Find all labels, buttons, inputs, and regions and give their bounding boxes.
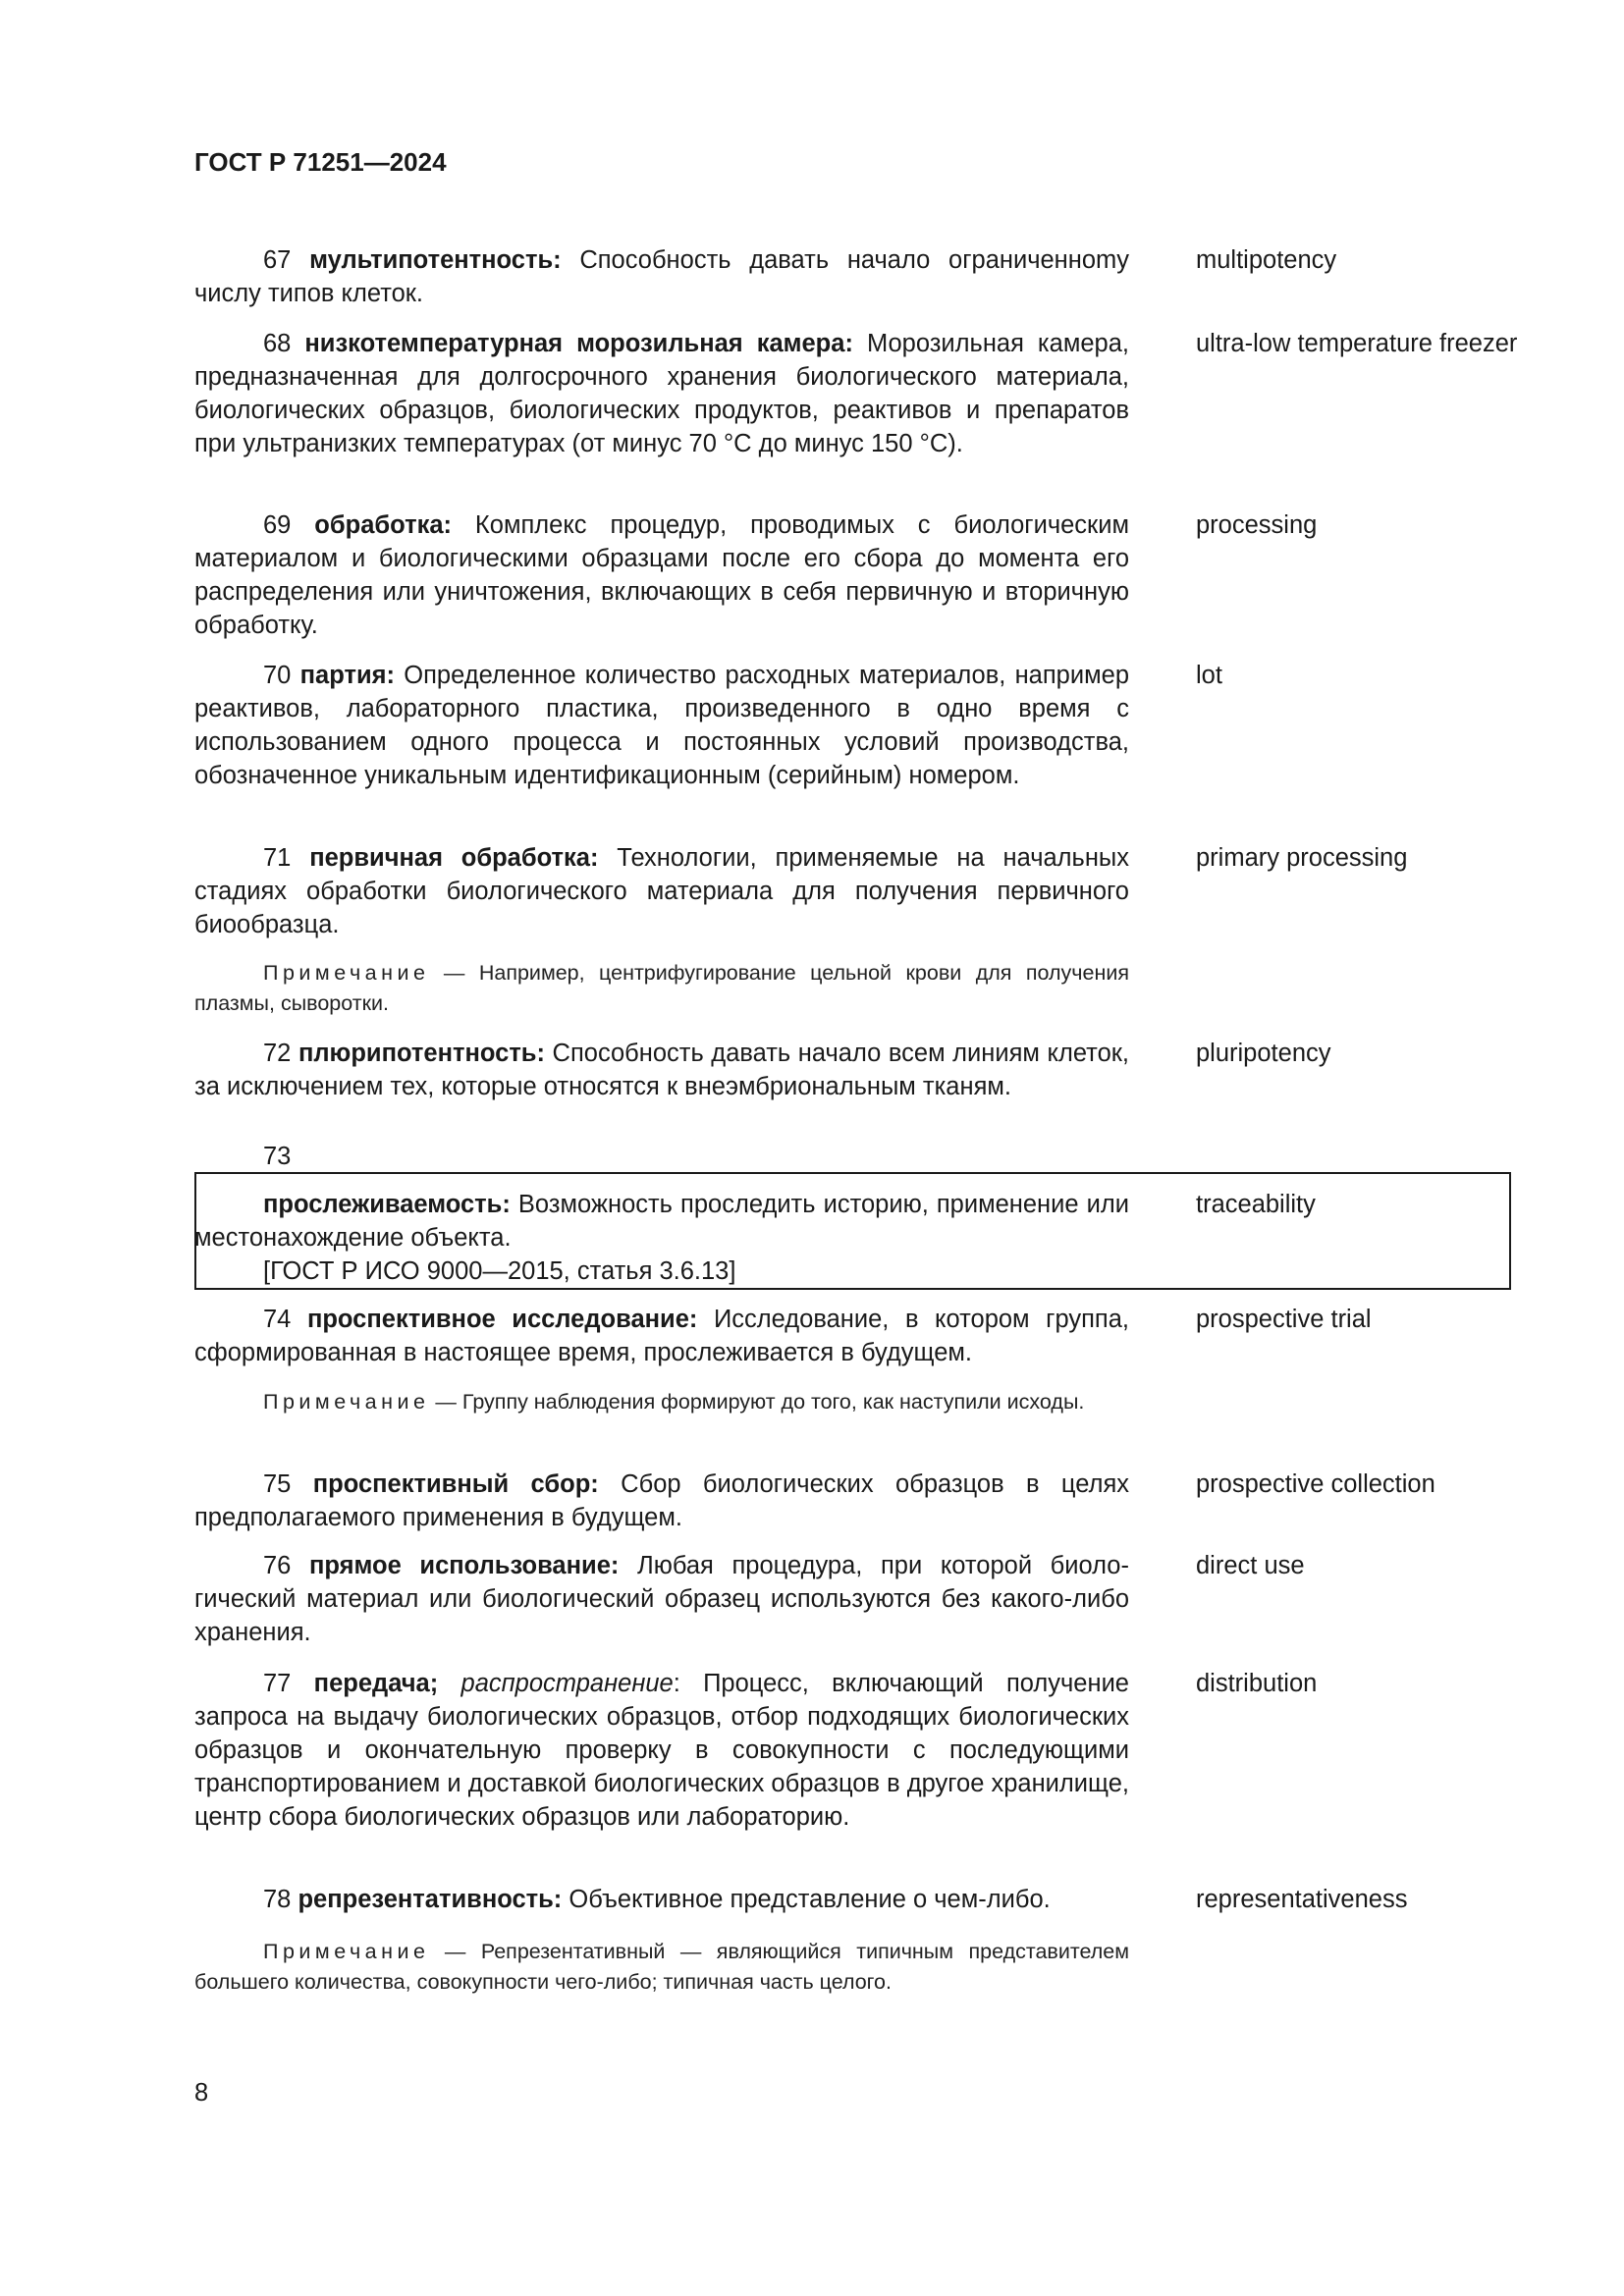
term-english: traceability xyxy=(1196,1188,1520,1221)
term-definition: 71 первичная обработка: Технологии, прим… xyxy=(194,841,1129,941)
term-synonym: распространение xyxy=(461,1670,674,1697)
term-number: 74 xyxy=(263,1306,291,1333)
term-number: 72 xyxy=(263,1040,291,1067)
term-name: передача; xyxy=(314,1670,439,1697)
term-name: обработка: xyxy=(314,511,452,539)
term-english: direct use xyxy=(1196,1549,1520,1582)
term-definition: 78 репрезентативность: Объективное предс… xyxy=(194,1883,1129,1916)
note-label: Примечание xyxy=(263,1390,429,1414)
term-text: Объективное представление о чем-либо. xyxy=(562,1886,1050,1913)
term-name: плюрипотентность: xyxy=(298,1040,545,1067)
term-number: 78 xyxy=(263,1886,291,1913)
term-name: первичная обработка: xyxy=(309,844,598,872)
term-english: lot xyxy=(1196,659,1520,692)
note-71: Примечание — Например, центрифугирование… xyxy=(194,958,1129,1019)
term-english: prospective collection xyxy=(1196,1468,1520,1501)
term-definition: 75 проспективный сбор: Сбор биологически… xyxy=(194,1468,1129,1534)
note-74: Примечание — Группу наблюдения формируют… xyxy=(194,1387,1129,1417)
term-number: 67 xyxy=(263,246,291,274)
note-78: Примечание — Репрезентативный — являющий… xyxy=(194,1937,1129,1998)
term-definition: прослеживаемость: Возможность проследить… xyxy=(194,1188,1129,1255)
term-definition: 74 проспективное исследование: Исследова… xyxy=(194,1303,1129,1369)
term-definition: 72 плюрипотентность: Способность давать … xyxy=(194,1037,1129,1103)
term-number: 70 xyxy=(263,662,291,689)
term-english: multipotency xyxy=(1196,243,1520,277)
term-english: primary processing xyxy=(1196,841,1520,875)
term-name: партия: xyxy=(300,662,395,689)
term-number: 69 xyxy=(263,511,291,539)
term-definition: 69 обработка: Комплекс процедур, проводи… xyxy=(194,508,1129,642)
term-english: distribution xyxy=(1196,1667,1520,1700)
note-label: Примечание xyxy=(263,1940,429,1963)
term-definition: 68 низкотемпературная морозильная камера… xyxy=(194,327,1129,460)
term-definition: 67 мультипотентность: Способность давать… xyxy=(194,243,1129,310)
term-number: 77 xyxy=(263,1670,291,1697)
term-name: проспективный сбор: xyxy=(313,1470,599,1498)
term-name: проспективное исследование: xyxy=(307,1306,697,1333)
term-number: 68 xyxy=(263,330,291,357)
term-reference: [ГОСТ Р ИСО 9000—2015, статья 3.6.13] xyxy=(194,1255,1129,1288)
term-definition: 70 партия: Определенное количество расхо… xyxy=(194,659,1129,792)
term-english: pluripotency xyxy=(1196,1037,1520,1070)
term-name: прямое использование: xyxy=(309,1552,619,1579)
term-english: ultra-low temperature freezer xyxy=(1196,327,1520,360)
term-definition: 77 передача; распространение: Процесс, в… xyxy=(194,1667,1129,1834)
note-text: — Группу наблюдения формируют до того, к… xyxy=(429,1390,1084,1414)
term-number: 76 xyxy=(263,1552,291,1579)
term-name: репрезентативность: xyxy=(298,1886,562,1913)
term-english: prospective trial xyxy=(1196,1303,1520,1336)
document-header: ГОСТ Р 71251—2024 xyxy=(194,147,447,178)
term-number-73: 73 xyxy=(263,1140,291,1173)
page-number: 8 xyxy=(194,2079,208,2108)
term-name: прослеживаемость: xyxy=(263,1191,511,1218)
note-label: Примечание xyxy=(263,961,429,985)
term-name: низкотемпературная морозильная камера: xyxy=(304,330,853,357)
term-definition: 76 прямое использование: Любая процедура… xyxy=(194,1549,1129,1649)
term-english: processing xyxy=(1196,508,1520,542)
term-name: мультипотентность: xyxy=(309,246,562,274)
term-english: representativeness xyxy=(1196,1883,1520,1916)
term-number: 75 xyxy=(263,1470,291,1498)
term-number: 71 xyxy=(263,844,291,872)
